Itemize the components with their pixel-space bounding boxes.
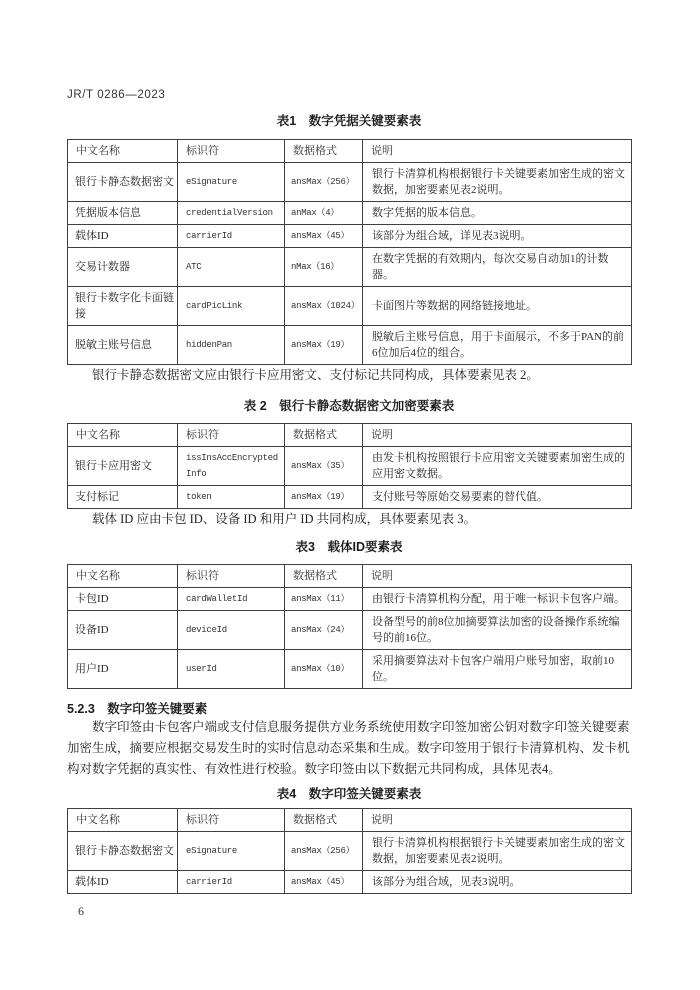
paragraph-esignature-composition: 银行卡静态数据密文应由银行卡应用密文、支付标记共同构成，具体要素见表 2。 bbox=[67, 365, 631, 386]
name-cell: 载体ID bbox=[68, 225, 178, 248]
identifier-cell: credentialVersion bbox=[178, 202, 285, 225]
standard-number: JR/T 0286—2023 bbox=[67, 88, 700, 102]
page-number: 6 bbox=[67, 904, 700, 918]
format-cell: nMax（16） bbox=[285, 248, 363, 287]
name-cell: 脱敏主账号信息 bbox=[68, 326, 178, 365]
format-cell: ansMax（45） bbox=[285, 225, 363, 248]
format-cell: ansMax（19） bbox=[285, 486, 363, 509]
format-cell: ansMax（35） bbox=[285, 447, 363, 486]
identifier-cell: userId bbox=[178, 650, 285, 689]
table-3-caption: 表3 载体ID要素表 bbox=[67, 539, 631, 555]
description-cell: 卡面图片等数据的网络链接地址。 bbox=[363, 287, 632, 326]
format-cell: ansMax（256） bbox=[285, 832, 363, 871]
description-cell: 由发卡机构按照银行卡应用密文关键要素加密生成的应用密文数据。 bbox=[363, 447, 632, 486]
name-cell: 用户ID bbox=[68, 650, 178, 689]
section-heading-5-2-3: 5.2.3 数字印签关键要素 bbox=[67, 701, 700, 717]
format-cell: ansMax（10） bbox=[285, 650, 363, 689]
table-row: 载体IDcarrierIdansMax（45）该部分为组合域，见表3说明。 bbox=[68, 871, 632, 894]
description-cell: 脱敏后主账号信息，用于卡面展示，不多于PAN的前6位加后4位的组合。 bbox=[363, 326, 632, 365]
table-2-static-data-cipher-elements: 中文名称标识符数据格式说明银行卡应用密文issInsAccEncryptedIn… bbox=[67, 423, 632, 509]
name-cell: 卡包ID bbox=[68, 588, 178, 611]
identifier-cell: carrierId bbox=[178, 871, 285, 894]
identifier-cell: cardPicLink bbox=[178, 287, 285, 326]
header-row: 中文名称标识符数据格式说明 bbox=[68, 424, 632, 447]
table-row: 银行卡数字化卡面链接cardPicLinkansMax（1024）卡面图片等数据… bbox=[68, 287, 632, 326]
name-cell: 银行卡静态数据密文 bbox=[68, 163, 178, 202]
column-header: 数据格式 bbox=[285, 424, 363, 447]
description-cell: 由银行卡清算机构分配，用于唯一标识卡包客户端。 bbox=[363, 588, 632, 611]
description-cell: 采用摘要算法对卡包客户端用户账号加密，取前10位。 bbox=[363, 650, 632, 689]
identifier-cell: deviceId bbox=[178, 611, 285, 650]
table-4-caption: 表4 数字印签关键要素表 bbox=[67, 786, 631, 802]
column-header: 标识符 bbox=[178, 565, 285, 588]
identifier-cell: token bbox=[178, 486, 285, 509]
column-header: 说明 bbox=[363, 809, 632, 832]
column-header: 中文名称 bbox=[68, 140, 178, 163]
table-row: 银行卡应用密文issInsAccEncryptedInfoansMax（35）由… bbox=[68, 447, 632, 486]
table-row: 凭据版本信息credentialVersionanMax（4）数字凭据的版本信息… bbox=[68, 202, 632, 225]
description-cell: 该部分为组合域，详见表3说明。 bbox=[363, 225, 632, 248]
description-cell: 设备型号的前8位加摘要算法加密的设备操作系统编号的前16位。 bbox=[363, 611, 632, 650]
column-header: 数据格式 bbox=[285, 809, 363, 832]
name-cell: 载体ID bbox=[68, 871, 178, 894]
table-row: 银行卡静态数据密文eSignatureansMax（256）银行卡清算机构根据银… bbox=[68, 163, 632, 202]
format-cell: ansMax（19） bbox=[285, 326, 363, 365]
format-cell: ansMax（11） bbox=[285, 588, 363, 611]
column-header: 数据格式 bbox=[285, 140, 363, 163]
description-cell: 在数字凭据的有效期内，每次交易自动加1的计数器。 bbox=[363, 248, 632, 287]
identifier-cell: ATC bbox=[178, 248, 285, 287]
header-row: 中文名称标识符数据格式说明 bbox=[68, 565, 632, 588]
identifier-cell: eSignature bbox=[178, 832, 285, 871]
header-row: 中文名称标识符数据格式说明 bbox=[68, 140, 632, 163]
table-row: 支付标记tokenansMax（19）支付账号等原始交易要素的替代值。 bbox=[68, 486, 632, 509]
name-cell: 银行卡静态数据密文 bbox=[68, 832, 178, 871]
column-header: 标识符 bbox=[178, 140, 285, 163]
paragraph-digital-seal-description: 数字印签由卡包客户端或支付信息服务提供方业务系统使用数字印签加密公钥对数字印签关… bbox=[67, 717, 631, 780]
name-cell: 交易计数器 bbox=[68, 248, 178, 287]
table-row: 卡包IDcardWalletIdansMax（11）由银行卡清算机构分配，用于唯… bbox=[68, 588, 632, 611]
table-1-caption: 表1 数字凭据关键要素表 bbox=[67, 113, 631, 129]
identifier-cell: hiddenPan bbox=[178, 326, 285, 365]
description-cell: 该部分为组合域，见表3说明。 bbox=[363, 871, 632, 894]
table-1-digital-credential-key-elements: 中文名称标识符数据格式说明银行卡静态数据密文eSignatureansMax（2… bbox=[67, 139, 632, 365]
table-3-carrier-id-elements: 中文名称标识符数据格式说明卡包IDcardWalletIdansMax（11）由… bbox=[67, 564, 632, 689]
identifier-cell: carrierId bbox=[178, 225, 285, 248]
description-cell: 支付账号等原始交易要素的替代值。 bbox=[363, 486, 632, 509]
table-row: 用户IDuserIdansMax（10）采用摘要算法对卡包客户端用户账号加密，取… bbox=[68, 650, 632, 689]
name-cell: 银行卡数字化卡面链接 bbox=[68, 287, 178, 326]
format-cell: ansMax（24） bbox=[285, 611, 363, 650]
identifier-cell: issInsAccEncryptedInfo bbox=[178, 447, 285, 486]
format-cell: anMax（4） bbox=[285, 202, 363, 225]
table-row: 载体IDcarrierIdansMax（45）该部分为组合域，详见表3说明。 bbox=[68, 225, 632, 248]
column-header: 标识符 bbox=[178, 809, 285, 832]
identifier-cell: cardWalletId bbox=[178, 588, 285, 611]
table-row: 交易计数器ATCnMax（16）在数字凭据的有效期内，每次交易自动加1的计数器。 bbox=[68, 248, 632, 287]
column-header: 中文名称 bbox=[68, 565, 178, 588]
table-row: 银行卡静态数据密文eSignatureansMax（256）银行卡清算机构根据银… bbox=[68, 832, 632, 871]
table-2-caption: 表 2 银行卡静态数据密文加密要素表 bbox=[67, 398, 631, 414]
table-row: 脱敏主账号信息hiddenPanansMax（19）脱敏后主账号信息，用于卡面展… bbox=[68, 326, 632, 365]
format-cell: ansMax（1024） bbox=[285, 287, 363, 326]
table-row: 设备IDdeviceIdansMax（24）设备型号的前8位加摘要算法加密的设备… bbox=[68, 611, 632, 650]
column-header: 说明 bbox=[363, 140, 632, 163]
format-cell: ansMax（45） bbox=[285, 871, 363, 894]
name-cell: 支付标记 bbox=[68, 486, 178, 509]
description-cell: 数字凭据的版本信息。 bbox=[363, 202, 632, 225]
paragraph-carrier-id-composition: 载体 ID 应由卡包 ID、设备 ID 和用户 ID 共同构成，具体要素见表 3… bbox=[67, 509, 631, 530]
format-cell: ansMax（256） bbox=[285, 163, 363, 202]
column-header: 中文名称 bbox=[68, 424, 178, 447]
header-row: 中文名称标识符数据格式说明 bbox=[68, 809, 632, 832]
column-header: 说明 bbox=[363, 424, 632, 447]
column-header: 标识符 bbox=[178, 424, 285, 447]
document-page: JR/T 0286—2023 表1 数字凭据关键要素表 中文名称标识符数据格式说… bbox=[0, 0, 700, 990]
identifier-cell: eSignature bbox=[178, 163, 285, 202]
column-header: 数据格式 bbox=[285, 565, 363, 588]
name-cell: 设备ID bbox=[68, 611, 178, 650]
column-header: 说明 bbox=[363, 565, 632, 588]
description-cell: 银行卡清算机构根据银行卡关键要素加密生成的密文数据，加密要素见表2说明。 bbox=[363, 163, 632, 202]
name-cell: 银行卡应用密文 bbox=[68, 447, 178, 486]
description-cell: 银行卡清算机构根据银行卡关键要素加密生成的密文数据，加密要素见表2说明。 bbox=[363, 832, 632, 871]
table-4-digital-seal-key-elements: 中文名称标识符数据格式说明银行卡静态数据密文eSignatureansMax（2… bbox=[67, 808, 632, 894]
column-header: 中文名称 bbox=[68, 809, 178, 832]
name-cell: 凭据版本信息 bbox=[68, 202, 178, 225]
